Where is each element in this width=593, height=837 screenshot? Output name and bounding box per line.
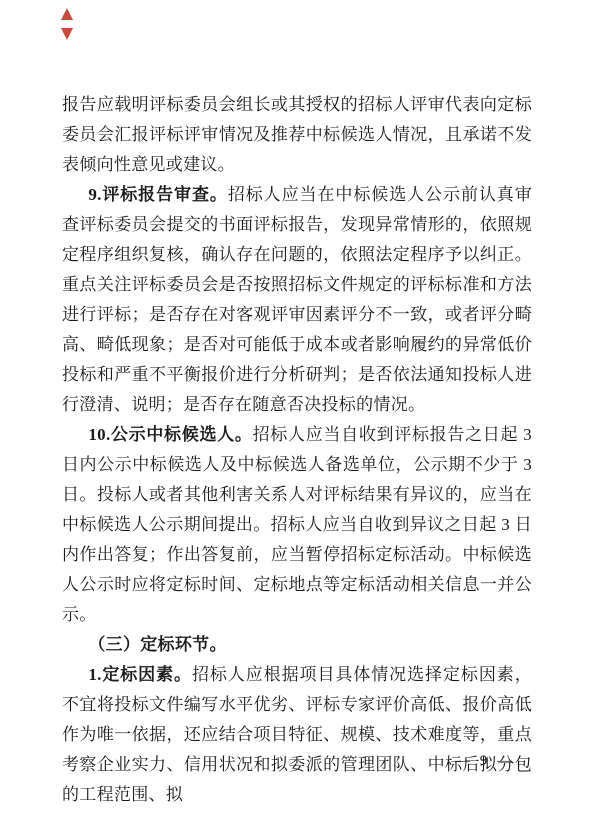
red-triangle-up-icon xyxy=(61,8,73,20)
paragraph: 10.公示中标候选人。招标人应当自收到评标报告之日起 3 日内公示中标候选人及中… xyxy=(62,420,532,630)
red-triangle-down-icon xyxy=(61,28,73,40)
paragraph-text: 招标人应当在中标候选人公示前认真审查评标委员会提交的书面评标报告，发现异常情形的… xyxy=(62,185,532,414)
paragraph: 报告应载明评标委员会组长或其授权的招标人评审代表向定标委员会汇报评标评审情况及推… xyxy=(62,90,532,180)
red-corner-marks xyxy=(60,7,76,45)
paragraph-lead: 9.评标报告审查。 xyxy=(88,185,227,204)
page-number: — 9 — xyxy=(455,750,515,772)
paragraph-text: 报告应载明评标委员会组长或其授权的招标人评审代表向定标委员会汇报评标评审情况及推… xyxy=(62,95,532,174)
paragraph-lead: 10.公示中标候选人。 xyxy=(88,425,252,444)
paragraph-text: 招标人应当自收到评标报告之日起 3 日内公示中标候选人及中标候选人备选单位，公示… xyxy=(62,425,532,624)
document-body: 报告应载明评标委员会组长或其授权的招标人评审代表向定标委员会汇报评标评审情况及推… xyxy=(62,90,532,810)
paragraph-lead: 1.定标因素。 xyxy=(88,665,192,684)
paragraph: 9.评标报告审查。招标人应当在中标候选人公示前认真审查评标委员会提交的书面评标报… xyxy=(62,180,532,420)
paragraph: （三）定标环节。 xyxy=(62,630,532,660)
paragraph-text: 招标人应根据项目具体情况选择定标因素，不宜将投标文件编写水平优劣、评标专家评价高… xyxy=(62,665,532,804)
paragraph-lead: （三）定标环节。 xyxy=(88,635,226,654)
paragraph: 1.定标因素。招标人应根据项目具体情况选择定标因素，不宜将投标文件编写水平优劣、… xyxy=(62,660,532,810)
document-page: 报告应载明评标委员会组长或其授权的招标人评审代表向定标委员会汇报评标评审情况及推… xyxy=(0,0,593,837)
